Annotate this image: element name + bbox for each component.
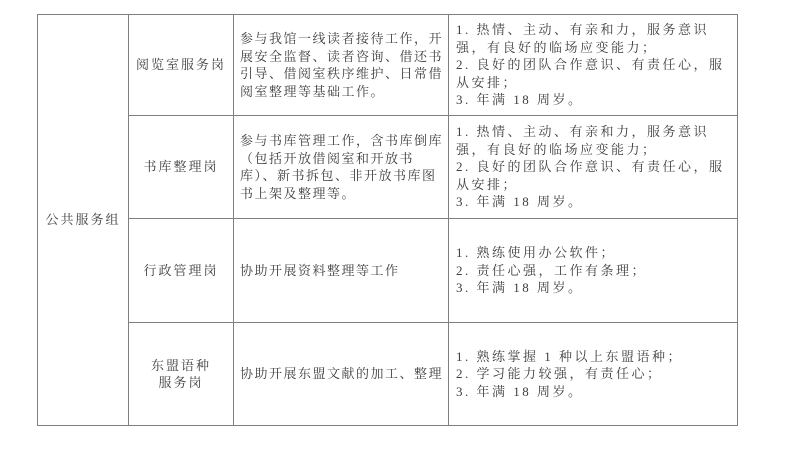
requirement-item: 3. 年满 18 周岁。 xyxy=(456,193,733,211)
requirement-item: 2. 学习能力较强，有责任心； xyxy=(456,365,733,383)
requirement-item: 3. 年满 18 周岁。 xyxy=(456,279,733,297)
table-row-admin: 行政管理岗 协助开展资料整理等工作 1. 熟练使用办公软件； 2. 责任心强，工… xyxy=(38,219,738,323)
job-description-cell: 协助开展东盟文献的加工、整理 xyxy=(234,323,449,426)
requirement-item: 2. 良好的团队合作意识、有责任心，服从安排； xyxy=(456,158,733,193)
requirement-item: 1. 熟练掌握 1 种以上东盟语种； xyxy=(456,348,733,366)
job-description-cell: 协助开展资料整理等工作 xyxy=(234,219,449,323)
requirements-cell: 1. 熟练掌握 1 种以上东盟语种； 2. 学习能力较强，有责任心； 3. 年满… xyxy=(449,323,738,426)
position-name-cell: 阅览室服务岗 xyxy=(129,15,234,116)
requirement-item: 2. 责任心强，工作有条理； xyxy=(456,262,733,280)
requirement-item: 1. 热情、主动、有亲和力，服务意识强，有良好的临场应变能力； xyxy=(456,21,733,56)
scanned-page: 公共服务组 阅览室服务岗 参与我馆一线读者接待工作，开展安全监督、读者咨询、借还… xyxy=(0,0,800,453)
requirement-item: 1. 熟练使用办公软件； xyxy=(456,244,733,262)
table-row-stacks: 书库整理岗 参与书库管理工作，含书库倒库（包括开放借阅室和开放书库）、新书拆包、… xyxy=(38,116,738,219)
job-positions-table: 公共服务组 阅览室服务岗 参与我馆一线读者接待工作，开展安全监督、读者咨询、借还… xyxy=(37,14,738,426)
requirements-cell: 1. 热情、主动、有亲和力，服务意识强，有良好的临场应变能力； 2. 良好的团队… xyxy=(449,116,738,219)
requirements-cell: 1. 热情、主动、有亲和力，服务意识强，有良好的临场应变能力； 2. 良好的团队… xyxy=(449,15,738,116)
requirement-item: 3. 年满 18 周岁。 xyxy=(456,91,733,109)
table-row-asean-languages: 东盟语种 服务岗 协助开展东盟文献的加工、整理 1. 熟练掌握 1 种以上东盟语… xyxy=(38,323,738,426)
group-name-cell: 公共服务组 xyxy=(38,15,129,426)
requirement-item: 1. 热情、主动、有亲和力，服务意识强，有良好的临场应变能力； xyxy=(456,123,733,158)
job-description-cell: 参与我馆一线读者接待工作，开展安全监督、读者咨询、借还书引导、借阅室秩序维护、日… xyxy=(234,15,449,116)
requirement-item: 2. 良好的团队合作意识、有责任心，服从安排； xyxy=(456,56,733,91)
position-name-cell: 书库整理岗 xyxy=(129,116,234,219)
position-name-cell: 行政管理岗 xyxy=(129,219,234,323)
job-description-cell: 参与书库管理工作，含书库倒库（包括开放借阅室和开放书库）、新书拆包、非开放书库图… xyxy=(234,116,449,219)
requirements-cell: 1. 熟练使用办公软件； 2. 责任心强，工作有条理； 3. 年满 18 周岁。 xyxy=(449,219,738,323)
table-row-reading-room: 公共服务组 阅览室服务岗 参与我馆一线读者接待工作，开展安全监督、读者咨询、借还… xyxy=(38,15,738,116)
position-name-cell: 东盟语种 服务岗 xyxy=(129,323,234,426)
requirement-item: 3. 年满 18 周岁。 xyxy=(456,383,733,401)
